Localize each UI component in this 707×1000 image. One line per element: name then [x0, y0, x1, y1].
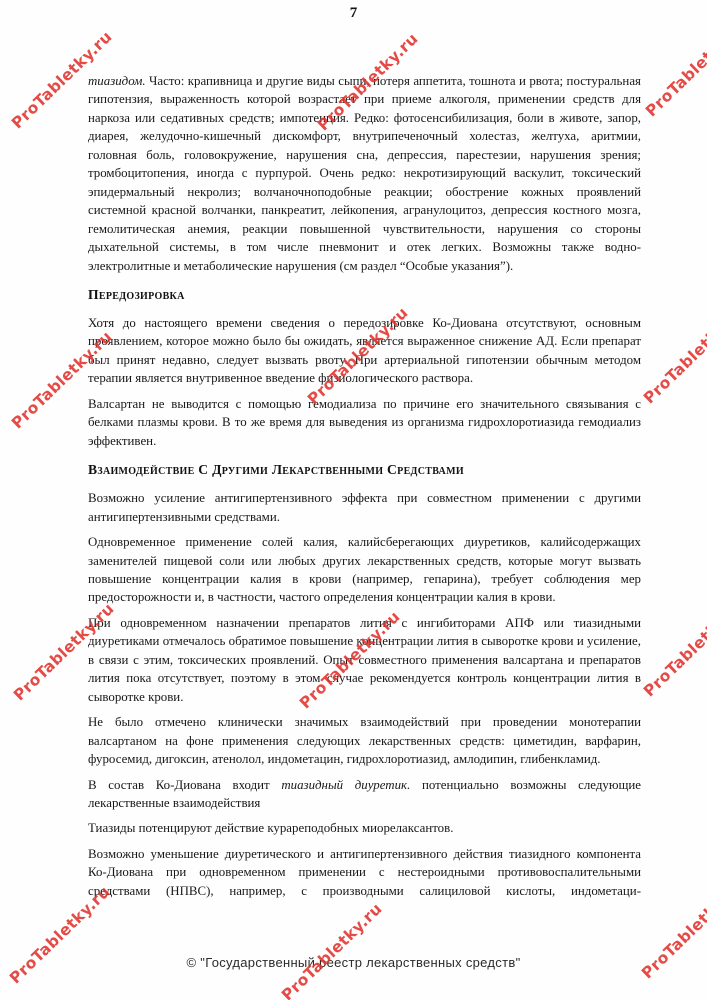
- paragraph: Возможно усиление антигипертензивного эф…: [88, 489, 641, 526]
- paragraph: тиазидом. Часто: крапивница и другие вид…: [88, 72, 641, 275]
- page-footer: © "Государственный реестр лекарственных …: [0, 955, 707, 970]
- text-segment: При одновременном назначении препаратов …: [88, 616, 641, 704]
- text-segment: тиазидом.: [88, 74, 146, 88]
- paragraph: Одновременное применение солей калия, ка…: [88, 533, 641, 607]
- text-segment: Не было отмечено клинически значимых вза…: [88, 715, 641, 766]
- text-segment: Тиазиды потенцируют действие курареподоб…: [88, 821, 453, 835]
- text-segment: В состав Ко-Диована входит: [88, 778, 281, 792]
- text-segment: Возможно уменьшение диуретического и ант…: [88, 847, 641, 898]
- watermark-text: ProTabletky.ru: [640, 303, 707, 408]
- paragraph: Не было отмечено клинически значимых вза…: [88, 713, 641, 768]
- watermark-text: ProTabletky.ru: [642, 16, 707, 121]
- text-segment: Валсартан не выводится с помощью гемодиа…: [88, 397, 641, 448]
- paragraph: Валсартан не выводится с помощью гемодиа…: [88, 395, 641, 450]
- paragraph: В состав Ко-Диована входит тиазидный диу…: [88, 776, 641, 813]
- page-number: 7: [0, 5, 707, 22]
- footer-copyright: © "Государственный реестр лекарственных …: [187, 955, 521, 970]
- section-heading: Взаимодействие С Другими Лекарственными …: [88, 461, 641, 478]
- document-page: ProTabletky.ruProTabletky.ruProTabletky.…: [0, 0, 707, 1000]
- section-heading: Передозировка: [88, 286, 641, 303]
- text-segment: Передозировка: [88, 287, 185, 302]
- paragraph: Хотя до настоящего времени сведения о пе…: [88, 314, 641, 388]
- paragraph: Возможно уменьшение диуретического и ант…: [88, 845, 641, 900]
- document-body: тиазидом. Часто: крапивница и другие вид…: [88, 72, 641, 907]
- paragraph: При одновременном назначении препаратов …: [88, 614, 641, 706]
- text-segment: Взаимодействие С Другими Лекарственными …: [88, 462, 464, 477]
- text-segment: Одновременное применение солей калия, ка…: [88, 535, 641, 604]
- text-segment: Часто: крапивница и другие виды сыпи, по…: [88, 74, 641, 273]
- text-segment: Возможно усиление антигипертензивного эф…: [88, 491, 641, 523]
- paragraph: Тиазиды потенцируют действие курареподоб…: [88, 819, 641, 837]
- text-segment: Хотя до настоящего времени сведения о пе…: [88, 316, 641, 385]
- text-segment: тиазидный диуретик.: [281, 778, 410, 792]
- watermark-text: ProTabletky.ru: [278, 900, 386, 1000]
- watermark-text: ProTabletky.ru: [640, 596, 707, 701]
